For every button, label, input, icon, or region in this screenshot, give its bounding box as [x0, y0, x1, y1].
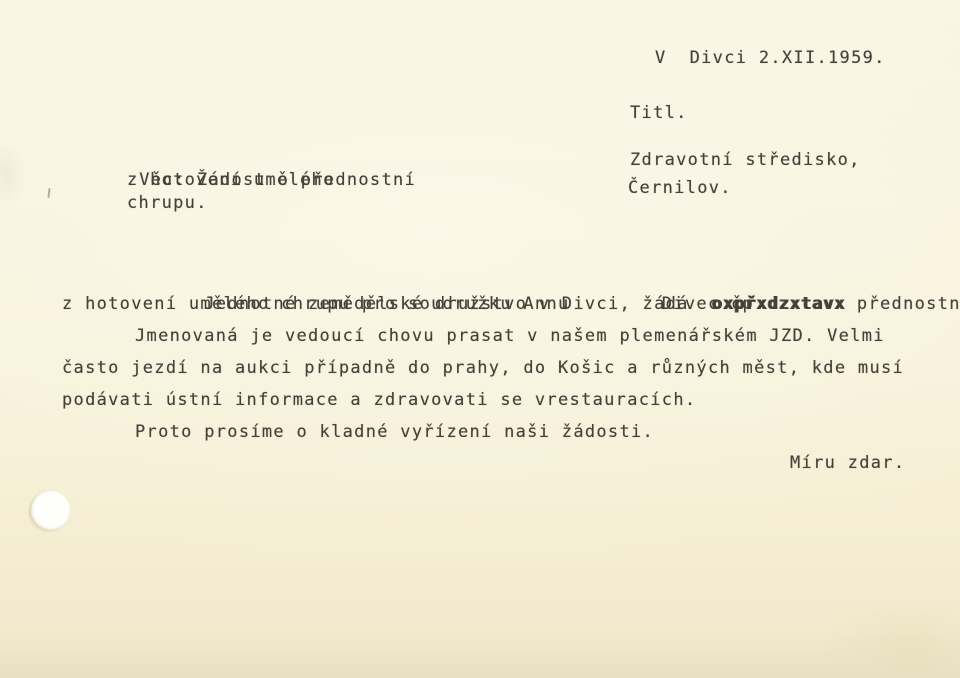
letter-page: V Divci 2.XII.1959. Titl. Věc: Žádost o … — [0, 0, 960, 678]
date-line: V Divci 2.XII.1959. — [655, 48, 886, 68]
body-line-5: podávati ústní informace a zdravovati se… — [62, 384, 696, 416]
subject-line-3: chrupu. — [70, 192, 208, 215]
scan-smudge — [0, 140, 26, 210]
recipient-line-1: Zdravotní středisko, — [630, 146, 861, 174]
body-line-2: z hotovení umělého chrupu pro soudružku … — [62, 288, 766, 320]
subject-line-2: z hotovení umělého — [70, 169, 335, 192]
body-line-4: často jezdí na aukci případně do prahy, … — [62, 352, 904, 384]
body-line-6: Proto prosíme o kladné vyřízení naši žád… — [62, 416, 654, 448]
hole-punch — [31, 491, 70, 530]
scan-smudge — [820, 600, 960, 678]
recipient-line-2: Černilov. — [628, 174, 732, 202]
salutation: Titl. — [630, 103, 688, 123]
body-text: přednostní — [845, 294, 960, 314]
closing-salute: Míru zdar. — [790, 453, 905, 473]
ink-speck — [47, 188, 50, 198]
body-line-3: Jmenovaná je vedoucí chovu prasat v naše… — [62, 320, 885, 352]
